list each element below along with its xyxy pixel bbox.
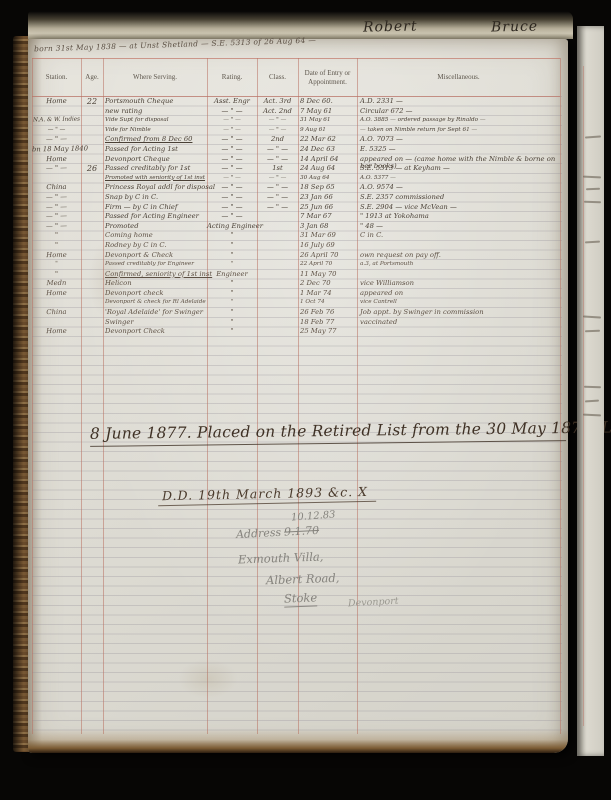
cell-station: N.A. & W. Indies [32,117,81,124]
table-header: Station. Age. Where Serving. Rating. Cla… [32,59,560,96]
cell-station: Home [32,289,81,297]
scribble [585,330,600,333]
ledger-photo: { "page": { "name_header": { "first": "R… [0,0,611,800]
cell-misc: S.E. 5313 — at Keyham — [357,165,560,172]
cell-cls: — " — [257,127,298,133]
cell-rating: — " — [207,213,257,220]
cell-rating: " [207,319,257,326]
next-page-rule [583,66,584,726]
cell-station: " [32,270,81,278]
address-line-stoke: Stoke [284,590,318,607]
cell-date: 11 May 70 [298,271,357,278]
cell-serving: new rating [103,108,207,115]
cell-station: Home [32,98,81,106]
cell-date: 2 Dec 70 [298,280,357,287]
cell-rating: — " — [207,184,257,191]
col-header-date-of-entry: Date of Entry or Appointment. [298,69,357,85]
cell-misc: vaccinated [357,319,560,326]
scribble [583,414,601,417]
cell-serving: Passed creditably for 1st [103,165,207,172]
cell-date: 16 July 69 [298,242,357,249]
cell-date: 31 Mar 69 [298,232,357,239]
col-header-rating: Rating. [222,73,242,81]
cell-age: 22 [81,98,103,106]
page-top-edge: Robert Bruce [28,11,573,39]
address-date-struck: 9.1.70 [284,524,320,539]
cell-serving: Confirmed, seniority of 1st inst [103,271,207,278]
cell-cls: — " — [257,204,298,211]
birth-annotation: born 31st May 1838 — at Unst Shetland — … [34,36,316,54]
cell-date: 25 May 77 [298,328,357,335]
cell-serving: Promoted with seniority of 1st inst [103,175,207,181]
cell-serving: Devonport & check for Rl Adelaide [103,299,207,305]
cell-cls: — " — [257,184,298,191]
subject-last-name: Bruce [491,19,538,36]
cell-serving: Vide Supt for disposal [103,117,207,123]
cell-rating: — " — [207,146,257,153]
table-row: N.A. & W. IndiesVide Supt for disposal— … [32,117,560,127]
cell-date: 24 Aug 64 [298,165,357,172]
cell-station: — " — [32,136,81,144]
cell-misc: " 1913 at Yokohama [357,213,560,220]
cell-date: 22 Mar 62 [298,136,357,143]
cell-misc: S.E. 2904 — vice McVean — [357,204,560,211]
cell-serving: Snap by C in C. [103,194,207,201]
cell-serving: Devonport & Check [103,252,207,259]
cell-station: Home [32,155,81,163]
cell-date: 26 April 70 [298,252,357,259]
cell-cls: 1st [257,165,298,172]
table-row: new rating— " —Act. 2nd7 May 61Circular … [32,108,560,118]
cell-misc: appeared on [357,290,560,297]
address-line-villa: Exmouth Villa, [238,550,324,567]
scribble [583,176,601,179]
cell-date: 8 Dec 60. [298,98,357,105]
col-header-station: Station. [46,73,68,81]
cell-serving: Coming home [103,232,207,239]
cell-date: 1 Oct 74 [298,299,357,305]
ledger-page: born 31st May 1838 — at Unst Shetland — … [28,39,568,753]
scribble [584,386,601,389]
cell-serving: Passed for Acting Engineer [103,213,207,220]
cell-misc: A.O. 5377 — [357,175,560,181]
cell-misc: vice Williamson [357,280,560,287]
cell-rating: — " — [207,127,257,133]
cell-misc: own request on pay off. [357,252,560,259]
cell-serving: Devonport Cheque [103,156,207,163]
column-rule [560,58,561,734]
cell-rating: — " — [207,136,257,143]
cell-serving: Rodney by C in C. [103,242,207,249]
cell-rating: — " — [207,204,257,211]
cell-misc: S.E. 2357 commissioned [357,194,560,201]
cell-misc: vice Cantrell [357,299,560,305]
cell-rating: " [207,232,257,239]
cell-station: Medn [32,280,81,288]
cell-station: — " — [32,203,81,211]
cell-date: 30 Aug 64 [298,175,357,181]
cell-station: China [32,309,81,317]
cell-date: 7 May 61 [298,108,357,115]
next-page-sliver [577,26,604,756]
cell-cls: — " — [257,146,298,153]
cell-rating: " [207,280,257,287]
cell-cls: — " — [257,117,298,123]
cell-serving: Devonport check [103,290,207,297]
col-header-class: Class. [269,73,286,81]
cell-misc: A.O. 7073 — [357,136,560,143]
scribble [584,201,601,204]
cell-station [32,174,81,175]
cell-station: — " — [32,222,81,230]
cell-date: 7 Mar 67 [298,213,357,220]
cell-station: — " — [32,213,81,221]
cell-rating: — " — [207,175,257,181]
cell-serving: Passed for Acting 1st [103,146,207,153]
cell-date: 3 Jan 68 [298,223,357,230]
cell-misc: Job appt. by Swinger in commission [357,309,560,316]
cell-date: 22 April 70 [298,261,357,267]
cell-serving: Helicon [103,280,207,287]
cell-serving: Confirmed from 8 Dec 60 [103,136,207,143]
cell-serving: Promoted [103,223,207,230]
cell-serving: Portsmouth Cheque [103,98,207,105]
cell-serving: Passed creditably for Engineer [103,261,207,267]
cell-serving: Vide for Nimble [103,127,207,133]
cell-station: bn 18 May 1840 [32,146,81,154]
cell-misc: A.O. 3885 — ordered passage by Rinaldo — [357,117,560,123]
cell-rating: Acting Engineer [207,223,257,230]
cell-rating: " [207,299,257,305]
ledger-rows: Home22Portsmouth ChequeAsst. EngrAct. 3r… [32,98,560,338]
cell-serving: Princess Royal addl for disposal [103,184,207,191]
cell-date: 14 April 64 [298,156,357,163]
cell-date: 26 Feb 76 [298,309,357,316]
cell-rating: " [207,261,257,267]
cell-date: 31 May 61 [298,117,357,123]
cell-station: — " — [32,165,81,173]
cell-date: 9 Aug 61 [298,127,357,133]
cell-date: 18 Sep 65 [298,184,357,191]
cell-cls: Act. 3rd [257,98,298,105]
cell-rating: " [207,309,257,316]
cell-serving: 'Royal Adelaide' for Swinger [103,309,207,316]
cell-serving: Devonport Check [103,328,207,335]
scribble [585,241,600,244]
cell-date: 24 Dec 63 [298,146,357,153]
scribble [586,188,600,190]
cell-rating: " [207,290,257,297]
col-header-age: Age. [85,73,98,81]
cell-rating: " [207,242,257,249]
cell-rating: — " — [207,117,257,123]
cell-date: 1 Mar 74 [298,290,357,297]
cell-station: — " — [32,126,81,133]
cell-misc: A.D. 2331 — [357,98,560,105]
cell-date: 23 Jan 66 [298,194,357,201]
cell-cls: — " — [257,175,298,181]
cell-rating: — " — [207,165,257,172]
cell-cls: Act. 2nd [257,108,298,115]
cell-station: " [32,261,81,268]
cell-station: " [32,232,81,240]
cell-station [32,318,81,319]
table-row: — " —26Passed creditably for 1st— " —1st… [32,165,560,175]
cell-station: China [32,184,81,192]
address-label-text: Address [236,526,282,541]
address-line-road: Albert Road, [266,571,340,588]
table-row: HomeDevonport Check"25 May 77 [32,328,560,338]
cell-misc: A.O. 9574 — [357,184,560,191]
scribble [585,400,599,403]
cell-cls: 2nd [257,136,298,143]
cell-rating: " [207,252,257,259]
cell-station [32,299,81,300]
table-row: HomeDevonport check"1 Mar 74appeared on [32,290,560,300]
scribble [585,135,601,138]
cell-serving: Swinger [103,319,207,326]
cell-rating: — " — [207,156,257,163]
scribble [583,315,601,318]
cell-rating: — " — [207,194,257,201]
cell-serving: Firm — by C in Chief [103,204,207,211]
cell-cls: — " — [257,194,298,201]
cell-cls: — " — [257,156,298,163]
cell-station: — " — [32,194,81,202]
col-header-miscellaneous: Miscellaneous. [437,73,479,81]
cell-rating: — " — [207,108,257,115]
cell-misc: a.3, at Portsmouth [357,261,560,267]
cell-misc: — taken on Nimble return for Sept 61 — [357,127,560,133]
cell-date: 25 Jun 66 [298,204,357,211]
subject-first-name: Robert [363,18,418,35]
cell-station [32,107,81,108]
cell-station: Home [32,328,81,336]
col-header-where-serving: Where Serving. [133,73,177,81]
cell-date: 18 Feb 77 [298,319,357,326]
cell-misc: Circular 672 — [357,108,560,115]
cell-misc: " 48 — [357,223,560,230]
cell-rating: Engineer [207,271,257,278]
cell-misc: C in C. [357,232,560,239]
table-row: HomeDevonport & Check"26 April 70own req… [32,252,560,262]
cell-station: Home [32,251,81,259]
cell-rating: " [207,328,257,335]
cell-station: " [32,241,81,249]
cell-misc: E. 5325 — [357,146,560,153]
cell-rating: Asst. Engr [207,98,257,105]
cell-age: 26 [81,165,103,173]
